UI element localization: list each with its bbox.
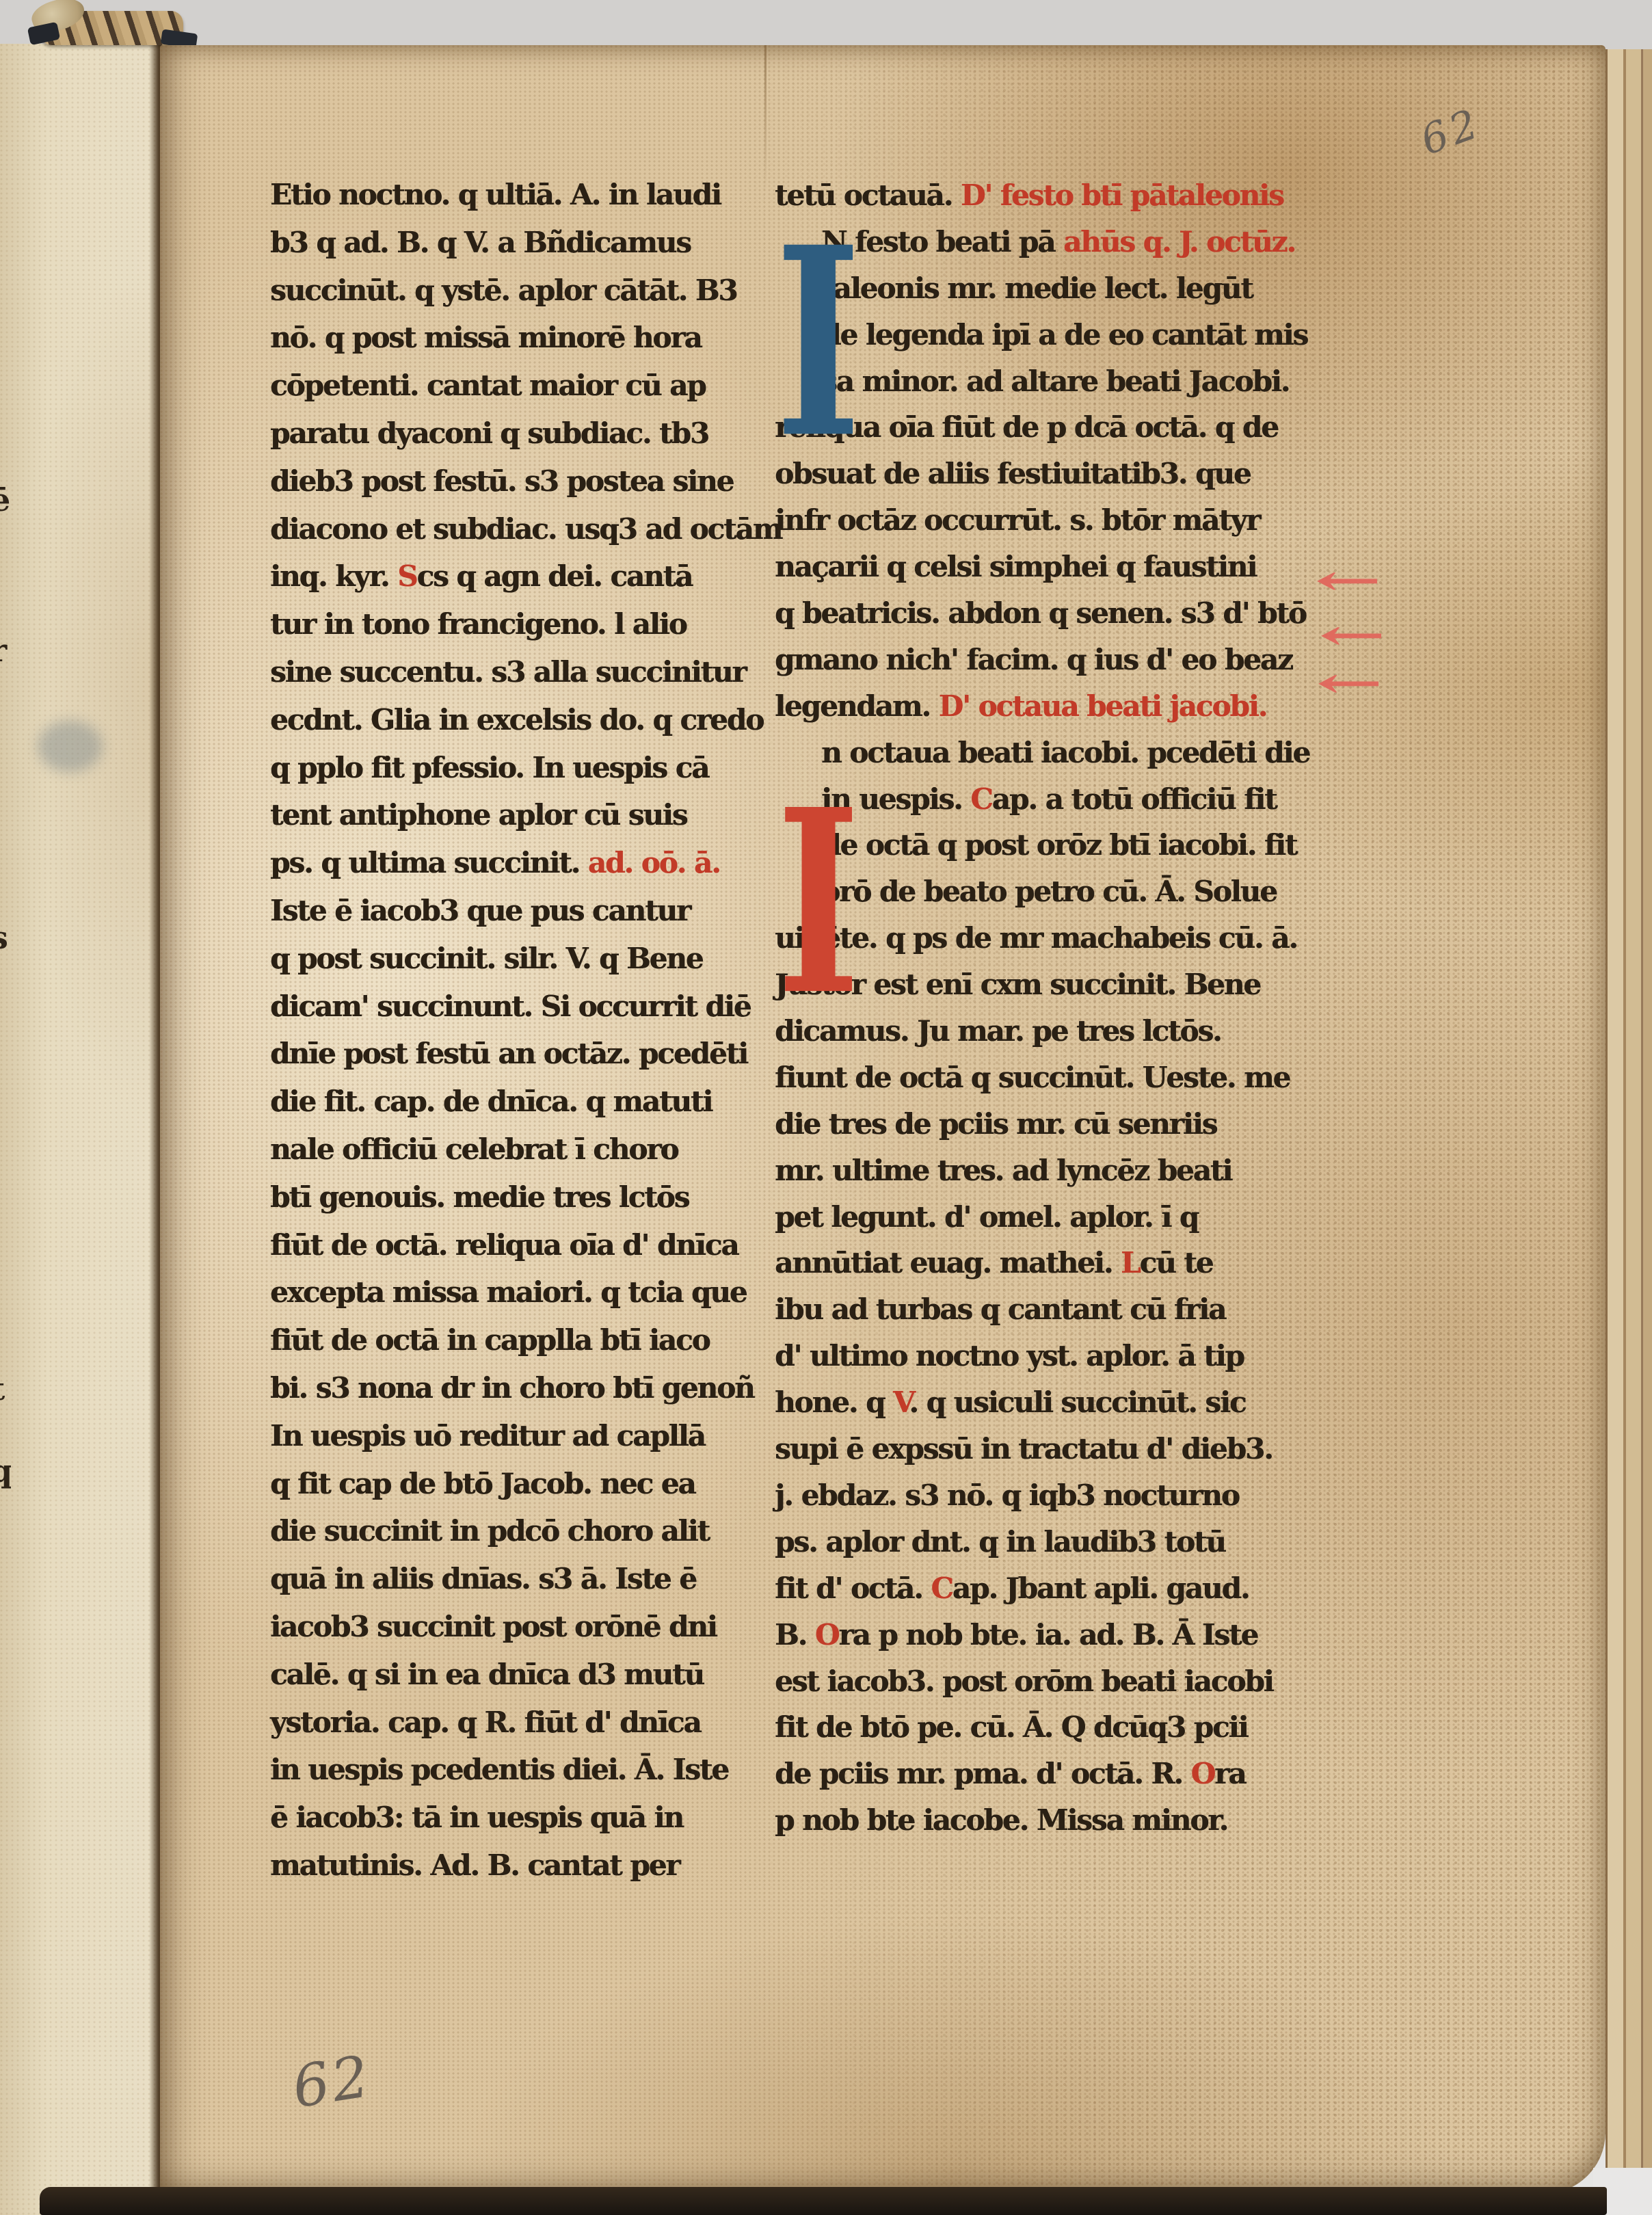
gray-smudge xyxy=(38,721,103,772)
manuscript-text-line: fit d' octā. Cap. Jbant apli. gaud. xyxy=(775,1565,1329,1612)
manuscript-text-line: infr octāz occurrūt. s. btōr mātyr xyxy=(775,497,1329,544)
manuscript-text-line: dieb3 post festū. s3 postea sine xyxy=(270,457,780,505)
manuscript-text-line: d' ultimo noctno yst. aplor. ā tip xyxy=(775,1333,1329,1379)
body-text: cōpetenti. cantat maior cū ap xyxy=(270,369,706,402)
cut-off-letter: t xyxy=(0,1370,11,1407)
manuscript-text-line: legendam. D' octaua beati jacobi. xyxy=(775,683,1329,730)
body-text: Iste ē iacob3 que pus cantur xyxy=(270,894,690,927)
manuscript-text-line: paratu dyaconi q subdiac. tb3 xyxy=(270,410,780,457)
body-text: pet legunt. d' omel. aplor. ī q xyxy=(775,1200,1198,1234)
rubric-text: C xyxy=(970,782,991,816)
previous-page-verso: ē r s t q xyxy=(0,44,160,2215)
body-text: paratu dyaconi q subdiac. tb3 xyxy=(270,416,708,450)
body-text: q post succinit. silr. V. q Bene xyxy=(270,942,703,975)
body-text: tent antiphone aplor cū suis xyxy=(270,798,687,832)
text-column-left: Etio noctno. q ultiā. A. in laudib3 q ad… xyxy=(270,171,780,1889)
body-text: hone. q xyxy=(775,1385,893,1419)
rubric-text: S xyxy=(397,559,416,593)
body-text: fiūt de octā. reliqua oīa d' dnīca xyxy=(270,1228,738,1262)
manuscript-text-line: diacono et subdiac. usq3 ad octām xyxy=(270,505,780,553)
body-text: q beatricis. abdon q senen. s3 d' btō xyxy=(775,596,1306,630)
body-text: inq. kyr. xyxy=(270,559,397,593)
manuscript-text-line: b3 q ad. B. q V. a Bñdicamus xyxy=(270,219,780,267)
body-text: ibu ad turbas q cantant cū fria xyxy=(775,1292,1225,1326)
manuscript-text-line: ps. q ultima succinit. ad. oō. ā. xyxy=(270,839,780,887)
manuscript-text-line: supi ē expssū in tractatu d' dieb3. xyxy=(775,1426,1329,1472)
body-text: nale officiū celebrat ī choro xyxy=(270,1132,678,1166)
manuscript-text-line: j. ebdaz. s3 nō. q iqb3 nocturno xyxy=(775,1472,1329,1519)
margin-arrow-icon: ← xyxy=(1316,658,1383,708)
body-text: est iacob3. post orōm beati iacobi xyxy=(775,1664,1273,1698)
body-text: cs q agn dei. cantā xyxy=(416,559,692,593)
body-text: ra p nob bte. ia. ad. B. Ā Iste xyxy=(838,1618,1257,1652)
page-stack-fore-edge xyxy=(1606,49,1652,2179)
manuscript-text-line: inq. kyr. Scs q agn dei. cantā xyxy=(270,553,780,600)
cut-off-letter: s xyxy=(0,919,11,956)
manuscript-text-line: annūtiat euag. mathei. Lcū te xyxy=(775,1240,1329,1286)
manuscript-text-line: nō. q post missā minorē hora xyxy=(270,314,780,362)
manuscript-text-line: iacob3 succinit post orōnē dni xyxy=(270,1603,780,1651)
manuscript-text-line: calē. q si in ea dnīca d3 mutū xyxy=(270,1651,780,1699)
body-text: in uespis pcedentis diei. Ā. Iste xyxy=(270,1753,728,1786)
body-text: orō de beato petro cū. Ā. Solue xyxy=(821,875,1277,908)
manuscript-text-line: hone. q V. q usiculi succinūt. sic xyxy=(775,1379,1329,1426)
manuscript-text-line: gmano nich' facim. q ius d' eo beaz xyxy=(775,637,1329,683)
manuscript-text-line: q post succinit. silr. V. q Bene xyxy=(270,935,780,983)
book-cover-edge xyxy=(40,2187,1607,2215)
manuscript-text-line: fiunt de octā q succinūt. Ueste. me xyxy=(775,1055,1329,1101)
manuscript-text-line: nale officiū celebrat ī choro xyxy=(270,1126,780,1173)
body-text: ystoria. cap. q R. fiūt d' dnīca xyxy=(270,1706,701,1739)
rubric-text: O xyxy=(815,1618,839,1652)
body-text: ē iacob3: tā in uespis quā in xyxy=(270,1801,683,1834)
body-text: die fit. cap. de dnīca. q matuti xyxy=(270,1085,712,1118)
body-text: matutinis. Ad. B. cantat per xyxy=(270,1848,679,1882)
parchment-crease xyxy=(764,45,767,192)
rubric-text: D' festo btī pātaleonis xyxy=(961,178,1283,212)
body-text: excepta missa maiori. q tcia que xyxy=(270,1275,747,1309)
manuscript-photograph: ē r s t q Etio noctno. q ultiā. A. in la… xyxy=(0,0,1652,2215)
body-text: iacob3 succinit post orōnē dni xyxy=(270,1610,717,1643)
body-text: fit d' octā. xyxy=(775,1571,931,1605)
manuscript-text-line: excepta missa maiori. q tcia que xyxy=(270,1269,780,1316)
rubric-text: V xyxy=(893,1385,909,1419)
body-text: bi. s3 nona dr in choro btī genoñ xyxy=(270,1371,754,1405)
manuscript-text-line: ē iacob3: tā in uespis quā in xyxy=(270,1794,780,1842)
body-text: taleonis mr. medie lect. legūt xyxy=(821,271,1253,305)
manuscript-text-line: fiūt de octā. reliqua oīa d' dnīca xyxy=(270,1221,780,1269)
body-text: dieb3 post festū. s3 postea sine xyxy=(270,464,733,498)
manuscript-text-line: die fit. cap. de dnīca. q matuti xyxy=(270,1078,780,1126)
body-text: fit de btō pe. cū. Ā. Q dcūq3 pcii xyxy=(775,1710,1247,1744)
manuscript-text-line: ecdnt. Glia in excelsis do. q credo xyxy=(270,696,780,744)
body-text: Etio noctno. q ultiā. A. in laudi xyxy=(270,178,721,211)
body-text: succinūt. q ystē. aplor cātāt. B3 xyxy=(270,274,736,307)
body-text: q fit cap de btō Jacob. nec ea xyxy=(270,1467,695,1500)
body-text: dnīe post festū an octāz. pcedēti xyxy=(270,1037,747,1070)
body-text: p nob bte iacobe. Missa minor. xyxy=(775,1803,1227,1837)
manuscript-text-line: in uespis pcedentis diei. Ā. Iste xyxy=(270,1746,780,1794)
manuscript-text-line: die succinit in pdcō choro alit xyxy=(270,1507,780,1555)
folio-number-pencil-bottom: 62 xyxy=(288,2043,376,2121)
body-text: diacono et subdiac. usq3 ad octām xyxy=(270,512,782,546)
body-text: de octā q post orōz btī iacobi. fit xyxy=(821,828,1296,862)
body-text: tur in tono francigeno. l alio xyxy=(270,607,687,641)
manuscript-text-line: Iste ē iacob3 que pus cantur xyxy=(270,887,780,935)
body-text: n octaua beati iacobi. pcedēti die xyxy=(821,736,1309,769)
body-text: dicam' succinunt. Si occurrit diē xyxy=(270,990,750,1023)
manuscript-text-line: Etio noctno. q ultiā. A. in laudi xyxy=(270,171,780,219)
body-text: ra xyxy=(1214,1757,1245,1790)
manuscript-text-line: die tres de pciis mr. cū senriis xyxy=(775,1101,1329,1148)
manuscript-text-line: ystoria. cap. q R. fiūt d' dnīca xyxy=(270,1699,780,1747)
body-text: ap. Jbant apli. gaud. xyxy=(952,1571,1249,1605)
manuscript-text-line: quā in aliis dnīas. s3 ā. Iste ē xyxy=(270,1555,780,1603)
manuscript-text-line: ps. aplor dnt. q in laudib3 totū xyxy=(775,1519,1329,1565)
rubric-text: ahūs q. J. octūz. xyxy=(1063,225,1295,258)
body-text: btī genouis. medie tres lctōs xyxy=(270,1180,689,1214)
body-text: die succinit in pdcō choro alit xyxy=(270,1514,709,1548)
body-text: ps. aplor dnt. q in laudib3 totū xyxy=(775,1525,1225,1559)
body-text: sine succentu. s3 alla succinitur xyxy=(270,655,746,689)
body-text: de legenda ipī a de eo cantāt mis xyxy=(821,318,1307,352)
manuscript-text-line: bi. s3 nona dr in choro btī genoñ xyxy=(270,1364,780,1412)
body-text: die tres de pciis mr. cū senriis xyxy=(775,1107,1216,1141)
manuscript-text-line: q fit cap de btō Jacob. nec ea xyxy=(270,1460,780,1508)
manuscript-text-line: est iacob3. post orōm beati iacobi xyxy=(775,1658,1329,1705)
manuscript-text-line: btī genouis. medie tres lctōs xyxy=(270,1173,780,1221)
body-text: ps. q ultima succinit. xyxy=(270,846,588,879)
body-text: legendam. xyxy=(775,689,939,723)
manuscript-text-line: mr. ultime tres. ad lyncēz beati xyxy=(775,1148,1329,1194)
manuscript-text-line: dnīe post festū an octāz. pcedēti xyxy=(270,1030,780,1078)
manuscript-text-line: dicam' succinunt. Si occurrit diē xyxy=(270,983,780,1031)
manuscript-text-line: B. Ora p nob bte. ia. ad. B. Ā Iste xyxy=(775,1612,1329,1658)
body-text: j. ebdaz. s3 nō. q iqb3 nocturno xyxy=(775,1478,1239,1512)
body-text: In uespis uō reditur ad capllā xyxy=(270,1419,705,1453)
manuscript-text-line: cōpetenti. cantat maior cū ap xyxy=(270,362,780,410)
cut-off-letter: ē xyxy=(0,481,11,518)
rubric-text: ad. oō. ā. xyxy=(588,846,720,879)
manuscript-text-line: sine succentu. s3 alla succinitur xyxy=(270,648,780,696)
body-text: gmano nich' facim. q ius d' eo beaz xyxy=(775,643,1292,676)
body-text: ap. a totū officiū fit xyxy=(992,782,1277,816)
body-text: fiunt de octā q succinūt. Ueste. me xyxy=(775,1061,1290,1094)
manuscript-text-line: matutinis. Ad. B. cantat per xyxy=(270,1842,780,1889)
manuscript-text-line: q pplo fit pfessio. In uespis cā xyxy=(270,744,780,792)
manuscript-text-line: In uespis uō reditur ad capllā xyxy=(270,1412,780,1460)
manuscript-text-line: p nob bte iacobe. Missa minor. xyxy=(775,1797,1329,1844)
manuscript-text-line: naçarii q celsi simphei q faustini xyxy=(775,544,1329,590)
manuscript-text-line: pet legunt. d' omel. aplor. ī q xyxy=(775,1194,1329,1241)
rubric-text: D' octaua beati jacobi. xyxy=(939,689,1267,723)
body-text: infr octāz occurrūt. s. btōr mātyr xyxy=(775,503,1260,537)
body-text: mr. ultime tres. ad lyncēz beati xyxy=(775,1154,1231,1187)
body-text: supi ē expssū in tractatu d' dieb3. xyxy=(775,1432,1273,1465)
body-text: q pplo fit pfessio. In uespis cā xyxy=(270,751,708,784)
body-text: sa minor. ad altare beati Jacobi. xyxy=(821,364,1289,398)
rubric-text: O xyxy=(1191,1757,1215,1790)
body-text: ecdnt. Glia in excelsis do. q credo xyxy=(270,703,763,737)
body-text: B. xyxy=(775,1618,815,1652)
cut-off-letter: q xyxy=(0,1453,11,1489)
body-text: cū te xyxy=(1140,1246,1213,1279)
manuscript-text-line: de pciis mr. pma. d' octā. R. Ora xyxy=(775,1751,1329,1797)
body-text: naçarii q celsi simphei q faustini xyxy=(775,550,1256,583)
manuscript-text-line: tent antiphone aplor cū suis xyxy=(270,791,780,839)
body-text: nō. q post missā minorē hora xyxy=(270,321,702,354)
manuscript-text-line: succinūt. q ystē. aplor cātāt. B3 xyxy=(270,267,780,315)
manuscript-text-line: fiūt de octā in capplla btī iaco xyxy=(270,1316,780,1364)
manuscript-text-line: tur in tono francigeno. l alio xyxy=(270,600,780,648)
manuscript-text-line: ibu ad turbas q cantant cū fria xyxy=(775,1286,1329,1333)
body-text: fiūt de octā in capplla btī iaco xyxy=(270,1323,710,1357)
body-text: de pciis mr. pma. d' octā. R. xyxy=(775,1757,1191,1790)
body-text: d' ultimo noctno yst. aplor. ā tip xyxy=(775,1339,1244,1372)
rubric-text: L xyxy=(1121,1246,1140,1279)
rubric-text: C xyxy=(931,1571,952,1605)
illuminated-initial-red-I: I xyxy=(777,777,860,1029)
manuscript-text-line: q beatricis. abdon q senen. s3 d' btō xyxy=(775,590,1329,637)
body-text: . q usiculi succinūt. sic xyxy=(909,1385,1245,1419)
body-text: annūtiat euag. mathei. xyxy=(775,1246,1121,1279)
margin-arrow-icon: ← xyxy=(1318,610,1386,660)
margin-arrow-icon: ← xyxy=(1314,555,1382,605)
body-text: calē. q si in ea dnīca d3 mutū xyxy=(270,1658,704,1691)
illuminated-initial-blue-I: I xyxy=(775,213,861,473)
manuscript-text-line: fit de btō pe. cū. Ā. Q dcūq3 pcii xyxy=(775,1704,1329,1751)
body-text: b3 q ad. B. q V. a Bñdicamus xyxy=(270,226,691,259)
body-text: quā in aliis dnīas. s3 ā. Iste ē xyxy=(270,1562,696,1595)
cut-off-letter: r xyxy=(0,632,11,669)
